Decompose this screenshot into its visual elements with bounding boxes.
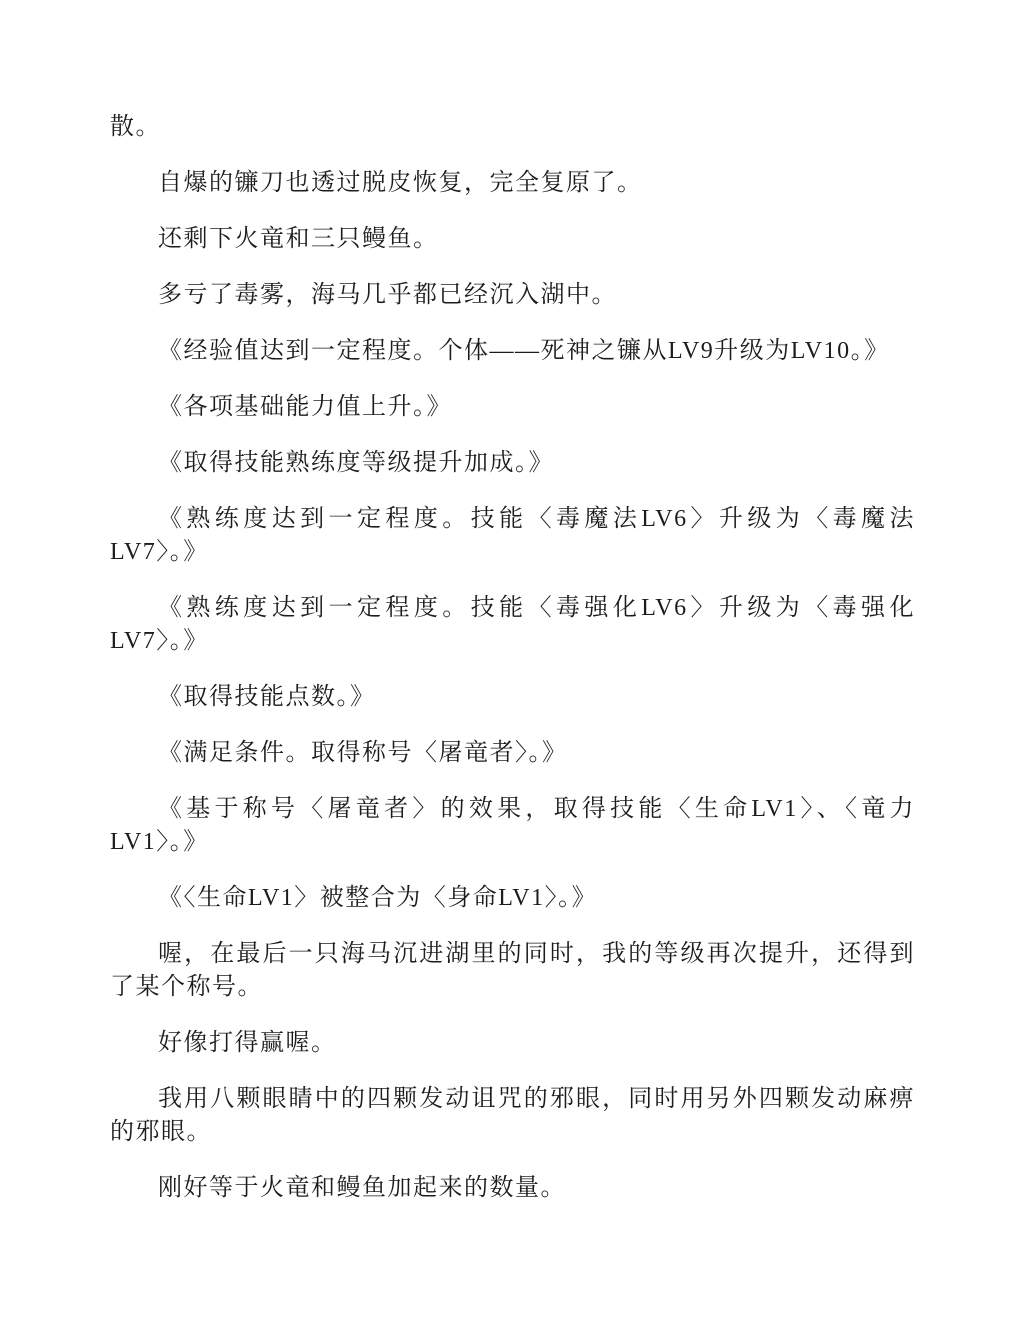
paragraph: 《各项基础能力值上升。》 [110,391,915,424]
paragraph: 《熟练度达到一定程度。技能〈毒魔法LV6〉升级为〈毒魔法LV7〉。》 [110,503,915,569]
paragraph: 刚好等于火竜和鳗鱼加起来的数量。 [110,1172,915,1205]
paragraph: 好像打得赢喔。 [110,1027,915,1060]
paragraph: 我用八颗眼睛中的四颗发动诅咒的邪眼，同时用另外四颗发动麻痹的邪眼。 [110,1083,915,1149]
paragraph: 散。 [110,111,915,144]
paragraph: 《基于称号〈屠竜者〉的效果，取得技能〈生命LV1〉、〈竜力LV1〉。》 [110,793,915,859]
paragraph: 还剩下火竜和三只鳗鱼。 [110,223,915,256]
paragraph: 喔，在最后一只海马沉进湖里的同时，我的等级再次提升，还得到了某个称号。 [110,938,915,1004]
paragraph: 多亏了毒雾，海马几乎都已经沉入湖中。 [110,279,915,312]
paragraph: 《取得技能点数。》 [110,681,915,714]
paragraph: 《取得技能熟练度等级提升加成。》 [110,447,915,480]
paragraph: 《〈生命LV1〉被整合为〈身命LV1〉。》 [110,882,915,915]
paragraph: 《熟练度达到一定程度。技能〈毒强化LV6〉升级为〈毒强化LV7〉。》 [110,592,915,658]
ebook-page: 散。自爆的镰刀也透过脱皮恢复，完全复原了。还剩下火竜和三只鳗鱼。多亏了毒雾，海马… [0,0,1020,1320]
paragraph: 《满足条件。取得称号〈屠竜者〉。》 [110,737,915,770]
paragraph: 《经验值达到一定程度。个体——死神之镰从LV9升级为LV10。》 [110,335,915,368]
paragraph: 自爆的镰刀也透过脱皮恢复，完全复原了。 [110,167,915,200]
